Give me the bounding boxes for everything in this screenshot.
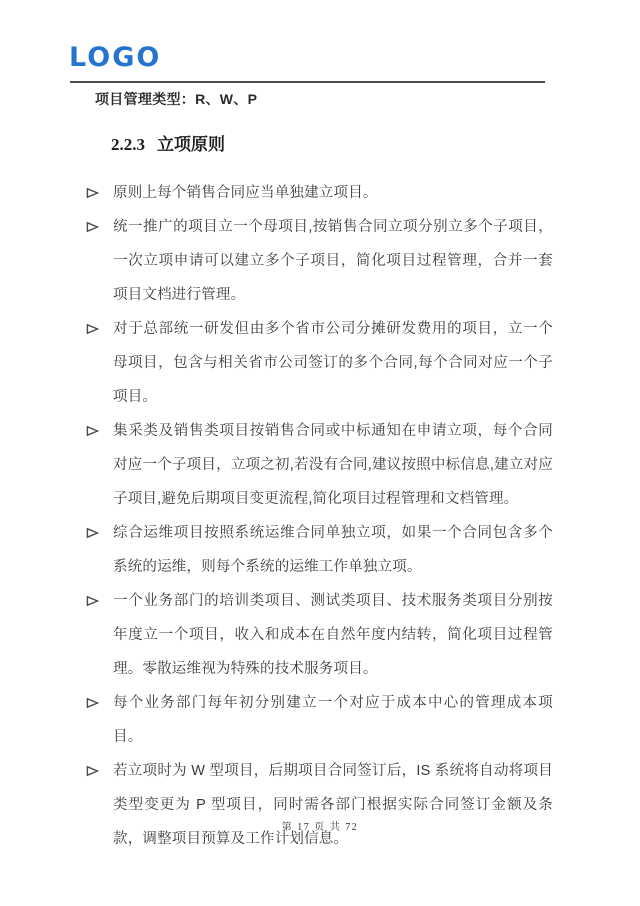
list-item-text: 综合运维项目按照系统运维合同单独立项，如果一个合同包含多个系统的运维，则每个系统… — [113, 525, 553, 575]
arrowhead-bullet-icon — [86, 527, 99, 539]
list-item-text: 统一推广的项目立一个母项目,按销售合同立项分别立多个子项目，一次立项申请可以建立… — [113, 219, 553, 303]
list-item: 原则上每个销售合同应当单独建立项目。 — [85, 176, 553, 210]
list-item-text: 原则上每个销售合同应当单独建立项目。 — [113, 185, 378, 201]
arrowhead-bullet-icon — [86, 323, 99, 335]
arrowhead-bullet-icon — [86, 595, 99, 607]
arrowhead-bullet-icon — [86, 187, 99, 199]
list-item: 对于总部统一研发但由多个省市公司分摊研发费用的项目，立一个母项目，包含与相关省市… — [85, 312, 553, 414]
list-item: 综合运维项目按照系统运维合同单独立项，如果一个合同包含多个系统的运维，则每个系统… — [85, 516, 553, 584]
page-number-footer: 第 17 页 共 72 — [0, 818, 640, 833]
section-title: 立项原则 — [157, 135, 225, 154]
arrowhead-bullet-icon — [86, 425, 99, 437]
company-logo: LOGO — [69, 44, 161, 71]
arrowhead-bullet-icon — [86, 697, 99, 709]
list-item-text: 若立项时为 W 型项目，后期项目合同签订后，IS 系统将自动将项目类型变更为 P… — [113, 763, 553, 847]
section-heading: 2.2.3立项原则 — [111, 130, 225, 155]
list-item: 一个业务部门的培训类项目、测试类项目、技术服务类项目分别按年度立一个项目，收入和… — [85, 584, 553, 686]
header-divider-line — [70, 81, 545, 83]
project-type-label: 项目管理类型：R、W、P — [95, 89, 257, 109]
list-item: 每个业务部门每年初分别建立一个对应于成本中心的管理成本项目。 — [85, 686, 553, 754]
list-item-text: 每个业务部门每年初分别建立一个对应于成本中心的管理成本项目。 — [113, 695, 553, 745]
document-page: LOGO 项目管理类型：R、W、P 2.2.3立项原则 原则上每个销售合同应当单… — [0, 0, 640, 906]
list-item-text: 一个业务部门的培训类项目、测试类项目、技术服务类项目分别按年度立一个项目，收入和… — [113, 593, 553, 677]
list-item-text: 集采类及销售类项目按销售合同或中标通知在申请立项，每个合同对应一个子项目，立项之… — [113, 423, 553, 507]
list-item: 统一推广的项目立一个母项目,按销售合同立项分别立多个子项目，一次立项申请可以建立… — [85, 210, 553, 312]
list-item: 集采类及销售类项目按销售合同或中标通知在申请立项，每个合同对应一个子项目，立项之… — [85, 414, 553, 516]
arrowhead-bullet-icon — [86, 221, 99, 233]
section-number: 2.2.3 — [111, 135, 145, 154]
principles-list: 原则上每个销售合同应当单独建立项目。 统一推广的项目立一个母项目,按销售合同立项… — [85, 176, 553, 856]
list-item: 若立项时为 W 型项目，后期项目合同签订后，IS 系统将自动将项目类型变更为 P… — [85, 754, 553, 856]
arrowhead-bullet-icon — [86, 765, 99, 777]
list-item-text: 对于总部统一研发但由多个省市公司分摊研发费用的项目，立一个母项目，包含与相关省市… — [113, 321, 553, 405]
